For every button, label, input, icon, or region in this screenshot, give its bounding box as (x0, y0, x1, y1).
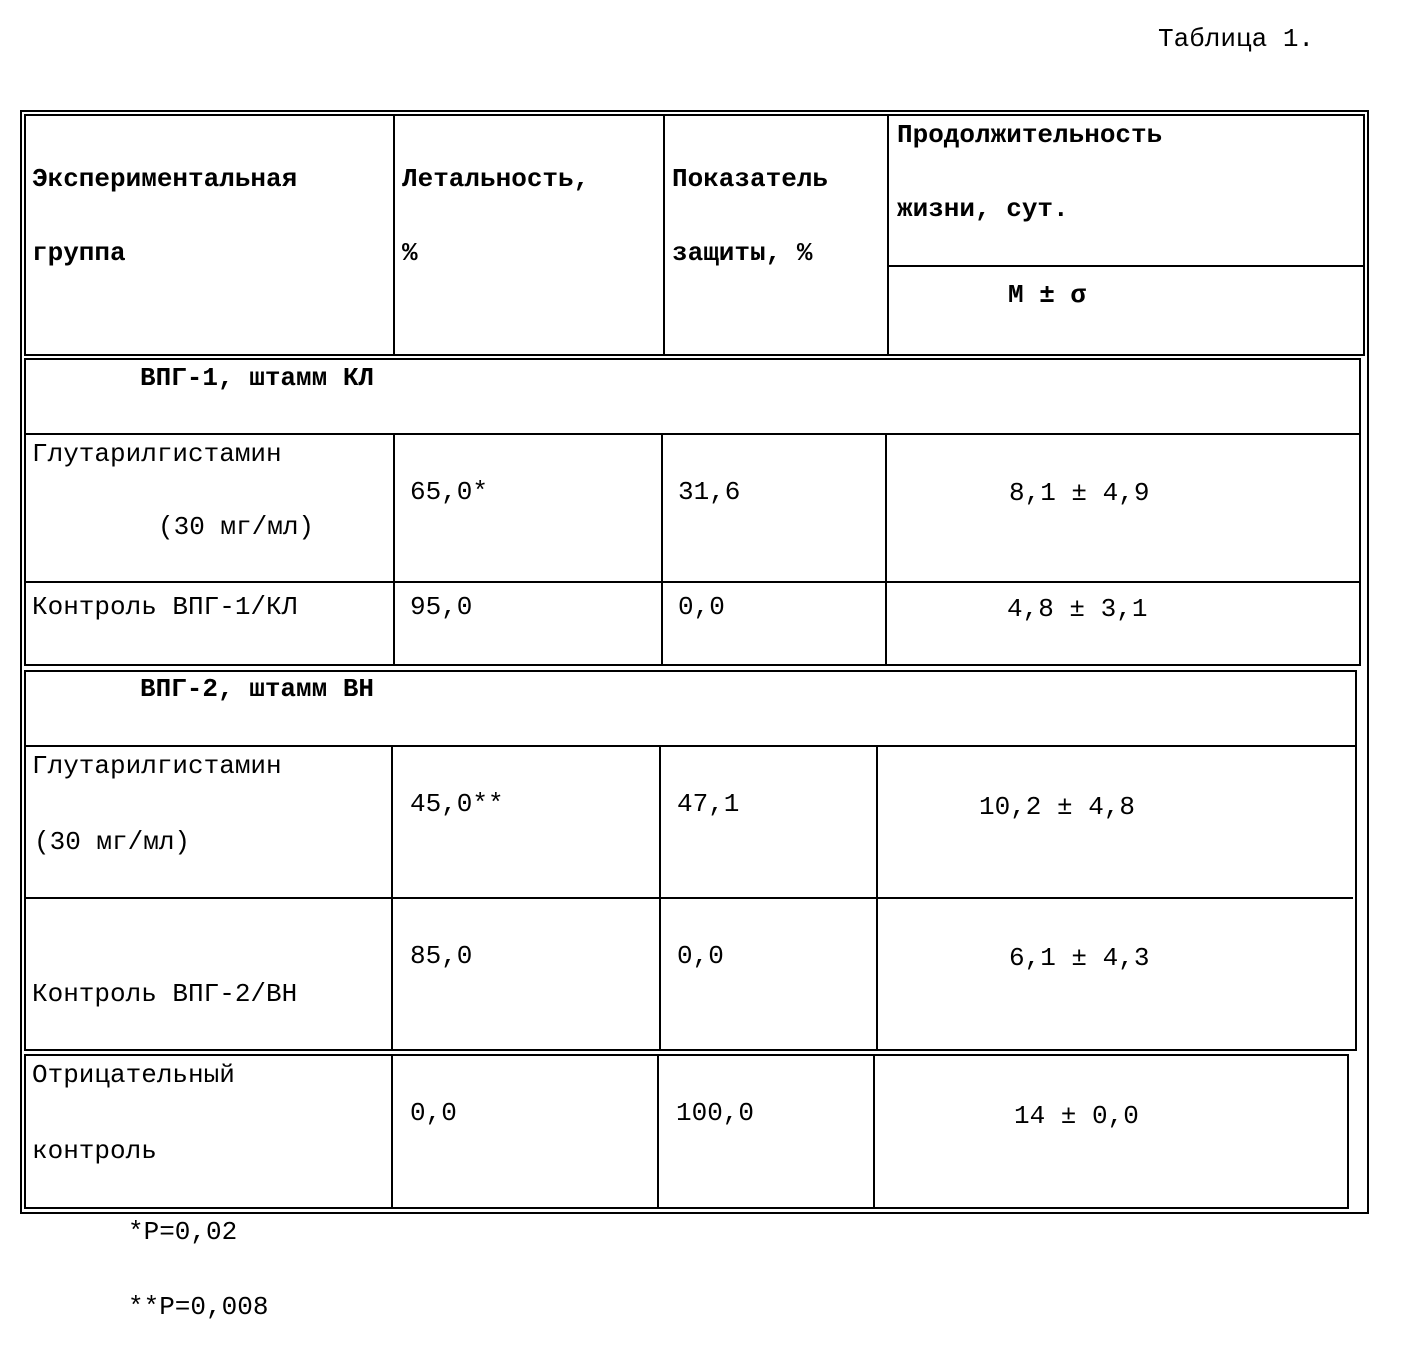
cell-lethality: 45,0** (410, 789, 504, 819)
header-protection-line2: защиты, % (672, 238, 812, 268)
header-lifespan-sub: M ± σ (1008, 280, 1086, 310)
divider (659, 745, 661, 1051)
cell-lethality: 85,0 (410, 941, 472, 971)
cell-group: Контроль ВПГ-1/КЛ (32, 592, 297, 622)
divider (391, 745, 393, 1051)
footnote: *P=0,02 (128, 1217, 237, 1247)
cell-group-note: контроль (32, 1136, 157, 1166)
cell-group-note: (30 мг/мл) (158, 512, 314, 542)
footnote: **P=0,008 (128, 1292, 268, 1322)
cell-lifespan: 6,1 ± 4,3 (1009, 943, 1149, 973)
divider (657, 1054, 659, 1209)
divider (876, 745, 878, 1051)
divider (24, 433, 1361, 435)
cell-lifespan: 10,2 ± 4,8 (979, 792, 1135, 822)
header-lethality-line1: Летальность, (402, 164, 589, 194)
header-group-line2: группа (32, 238, 126, 268)
cell-lifespan: 4,8 ± 3,1 (1007, 594, 1147, 624)
cell-group: Контроль ВПГ-2/ВН (32, 979, 297, 1009)
cell-lethality: 95,0 (410, 592, 472, 622)
header-group-line1: Экспериментальная (32, 164, 297, 194)
divider (24, 745, 1357, 747)
cell-protection: 31,6 (678, 477, 740, 507)
cell-protection: 47,1 (677, 789, 739, 819)
divider (663, 114, 665, 356)
table-title: Таблица 1. (1158, 24, 1314, 54)
cell-lifespan: 8,1 ± 4,9 (1009, 478, 1149, 508)
cell-lethality: 0,0 (410, 1098, 457, 1128)
section-title: ВПГ-1, штамм КЛ (140, 363, 374, 393)
cell-protection: 100,0 (676, 1098, 754, 1128)
header-lifespan-line2: жизни, сут. (897, 194, 1069, 224)
cell-protection: 0,0 (677, 941, 724, 971)
cell-group: Отрицательный (32, 1060, 235, 1090)
cell-group: Глутарилгистамин (32, 751, 282, 781)
divider (873, 1054, 875, 1209)
divider (24, 581, 1359, 583)
table-header (24, 114, 1365, 356)
divider (391, 1054, 393, 1209)
cell-protection: 0,0 (678, 592, 725, 622)
divider (885, 433, 887, 666)
cell-group: Глутарилгистамин (32, 439, 282, 469)
cell-lethality: 65,0* (410, 477, 488, 507)
divider (24, 897, 1353, 899)
cell-group-note: (30 мг/мл) (34, 827, 190, 857)
divider (887, 265, 1365, 267)
cell-lifespan: 14 ± 0,0 (1014, 1101, 1139, 1131)
divider (887, 114, 889, 356)
divider (393, 433, 395, 666)
divider (661, 433, 663, 666)
divider (393, 114, 395, 356)
section-title: ВПГ-2, штамм ВН (140, 674, 374, 704)
header-lethality-line2: % (402, 238, 418, 268)
header-protection-line1: Показатель (672, 164, 828, 194)
header-lifespan-line1: Продолжительность (897, 120, 1162, 150)
